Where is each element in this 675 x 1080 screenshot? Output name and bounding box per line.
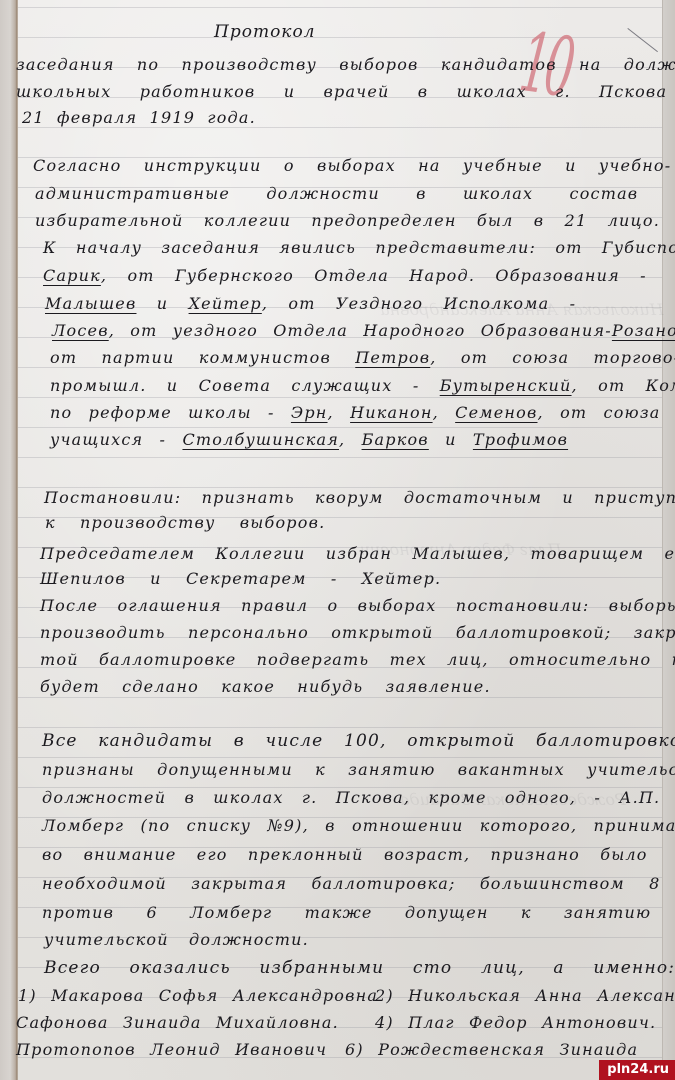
text-line: К началу заседания явились представители… <box>43 240 675 256</box>
text-line: Председателем Коллегии избран Малышев, т… <box>40 546 675 562</box>
text-line: по реформе школы - Эрн, Никанон, Семенов… <box>50 405 661 421</box>
text-line: должностей в школах г. Пскова, кроме одн… <box>42 790 660 806</box>
text-line: учительской должности. <box>44 932 309 948</box>
underlined-name: Хейтер <box>189 294 262 313</box>
text-line: административные должности в школах сост… <box>35 186 638 202</box>
text-line: той баллотировке подвергать тех лиц, отн… <box>40 652 675 668</box>
underlined-name: Розанов <box>612 321 675 340</box>
text-line: Ломберг (по списку №9), в отношении кото… <box>42 818 675 834</box>
text-line: против 6 Ломберг также допущен к занятию <box>42 905 651 921</box>
text-line: необходимой закрытая баллотировка; больш… <box>42 876 661 892</box>
elected-list-item: 2) Никольская Анна Александр. <box>375 988 675 1004</box>
text-line: во внимание его преклонный возраст, приз… <box>42 847 648 863</box>
header-line: заседания по производству выборов кандид… <box>16 57 675 73</box>
text-line: Постановили: признать кворум достаточным… <box>44 490 675 506</box>
underlined-name: Бутыренский <box>440 376 572 395</box>
text-line: Сарик, от Губернского Отдела Народ. Обра… <box>43 268 647 284</box>
text-line: избирательной коллегии предопределен был… <box>35 213 660 229</box>
text-line: к производству выборов. <box>45 515 325 531</box>
underlined-name: Трофимов <box>473 430 568 449</box>
text-line: будет сделано какое нибудь заявление. <box>40 679 491 695</box>
header-line: школьных работников и врачей в школах г.… <box>16 84 667 100</box>
text-line: Все кандидаты в числе 100, открытой балл… <box>42 733 675 750</box>
text-line: от партии коммунистов Петров, от союза т… <box>50 350 675 366</box>
header-date: 21 февраля 1919 года. <box>22 110 256 126</box>
text-line: Шепилов и Секретарем - Хейтер. <box>40 571 441 587</box>
text-line: После оглашения правил о выборах постано… <box>40 598 675 614</box>
underlined-name: Семенов <box>455 403 537 422</box>
text-line: промышл. и Совета служащих - Бутыренский… <box>50 378 675 394</box>
text-line: производить персонально открытой баллоти… <box>40 625 675 641</box>
elected-list-item: Сафонова Зинаида Михайловна. <box>16 1015 339 1031</box>
underlined-name: Столбушинская <box>182 430 339 449</box>
binding-edge <box>0 0 17 1080</box>
elected-list-item: 6) Рождественская Зинаида <box>345 1042 638 1058</box>
text-line: Всего оказались избранными сто лиц, а им… <box>44 960 675 977</box>
text-line: Согласно инструкции о выборах на учебные… <box>33 158 671 174</box>
text-line: Малышев и Хейтер, от Уездного Исполкома … <box>45 296 576 312</box>
site-watermark: pln24.ru <box>599 1060 675 1080</box>
underlined-name: Лосев <box>52 321 109 340</box>
underlined-name: Эрн <box>291 403 328 422</box>
document-title: Протокол <box>214 22 316 42</box>
binding-margin-line <box>16 0 18 1080</box>
underlined-name: Петров <box>355 348 430 367</box>
text-line: Лосев, от уездного Отдела Народного Обра… <box>52 323 675 339</box>
elected-list-item: 1) Макарова Софья Александровна <box>18 988 378 1004</box>
underlined-name: Никанон <box>350 403 432 422</box>
elected-list-item: 4) Плаг Федор Антонович. <box>375 1015 656 1031</box>
document-page: Никольская Анна Александровна Плаг Федор… <box>0 0 675 1080</box>
underlined-name: Малышев <box>45 294 136 313</box>
text-line: учащихся - Столбушинская, Барков и Трофи… <box>50 432 568 448</box>
elected-list-item: Протопопов Леонид Иванович <box>16 1042 327 1058</box>
underlined-name: Барков <box>362 430 429 449</box>
text-line: признаны допущенными к занятию вакантных… <box>42 762 675 778</box>
underlined-name: Сарик <box>43 266 101 285</box>
